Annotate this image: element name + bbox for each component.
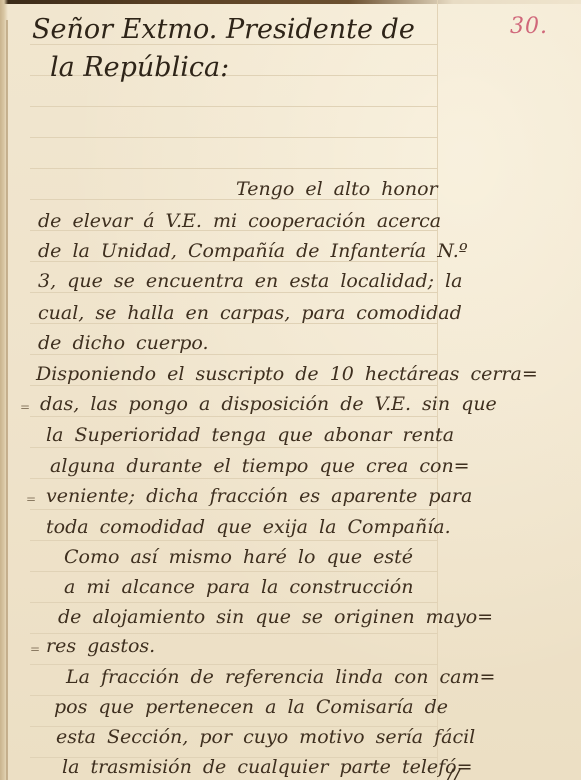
ruled-line [30, 509, 438, 510]
ruled-line [30, 540, 438, 541]
hyphen-continuation-mark: = [30, 642, 40, 656]
ruled-line [30, 168, 438, 169]
body-line: de la Unidad, Compañía de Infantería N.º [38, 240, 468, 262]
body-line: esta Sección, por cuyo motivo sería fáci… [56, 726, 475, 748]
page-edge-line [6, 20, 8, 780]
body-line: de alojamiento sin que se originen mayo= [58, 606, 493, 628]
ruled-line [30, 571, 438, 572]
body-line: 3, que se encuentra en esta localidad; l… [38, 270, 462, 292]
body-line: de elevar á V.E. mi cooperación acerca [38, 210, 441, 232]
right-margin-line [437, 0, 438, 780]
body-line: das, las pongo a disposición de V.E. sin… [40, 393, 497, 415]
body-line: Como así mismo haré lo que esté [64, 546, 413, 568]
body-line: la Superioridad tenga que abonar renta [46, 424, 454, 446]
hyphen-continuation-mark: = [26, 492, 36, 506]
ruled-line [30, 447, 438, 448]
body-line: la trasmisión de cualquier parte telefó= [62, 756, 473, 778]
body-line: res gastos. [46, 635, 155, 657]
ruled-line [30, 664, 438, 665]
body-line: a mi alcance para la construcción [64, 576, 413, 598]
page-turn-mark: // [446, 764, 459, 780]
ruled-line [30, 416, 438, 417]
body-line: alguna durante el tiempo que crea con= [50, 455, 470, 477]
body-line: de dicho cuerpo. [38, 332, 209, 354]
ruled-line [30, 354, 438, 355]
ruled-line [30, 633, 438, 634]
ruled-line [30, 385, 438, 386]
salutation-line: Señor Extmo. Presidente de [32, 14, 415, 45]
body-line: Disponiendo el suscripto de 10 hectáreas… [36, 363, 538, 385]
salutation-line: la República: [50, 52, 229, 83]
body-line: toda comodidad que exija la Compañía. [46, 516, 451, 538]
hyphen-continuation-mark: = [20, 400, 30, 414]
ruled-line [30, 478, 438, 479]
body-line: cual, se halla en carpas, para comodidad [38, 302, 462, 324]
body-line: pos que pertenecen a la Comisaría de [54, 696, 448, 718]
ruled-line [30, 602, 438, 603]
body-line: veniente; dicha fracción es aparente par… [46, 485, 472, 507]
body-line: La fracción de referencia linda con cam= [66, 666, 495, 688]
ruled-line [30, 137, 438, 138]
scan-top-edge [0, 0, 581, 4]
body-line: Tengo el alto honor [236, 178, 438, 200]
ruled-line [30, 292, 438, 293]
page-number: 30. [510, 14, 548, 39]
ruled-line [30, 106, 438, 107]
